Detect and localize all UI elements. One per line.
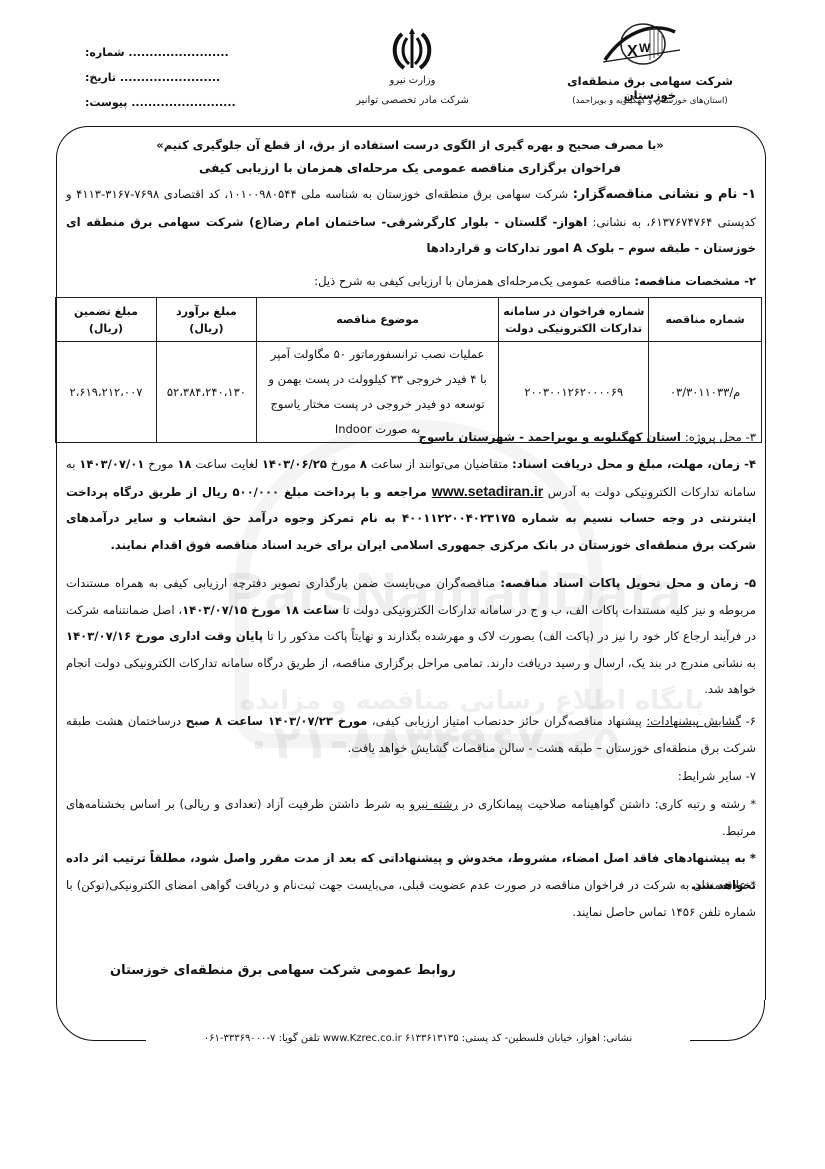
col-call-number: شماره فراخوان در سامانه تدارکات الکترونی… <box>499 298 649 342</box>
online-deadline: ساعت ۱۸ مورخ ۱۴۰۳/۰۷/۱۵ <box>182 603 339 617</box>
section-6-number: ۶- <box>741 714 756 728</box>
condition-1-field: رشته نیرو <box>410 797 458 811</box>
section-4-label: ۴- زمان، مهلت، مبلغ و محل دریافت اسناد: <box>512 457 756 471</box>
section-2-label: ۲- مشخصات مناقصه: <box>634 274 756 288</box>
condition-item-1: * رشته و رتبه کاری: داشتن گواهینامه صلاح… <box>66 791 756 844</box>
section-6-opening: ۶- گشایش پیشنهادات: پیشنهاد مناقصه‌گران … <box>66 708 756 761</box>
attachment-dots: ......................... <box>131 96 235 109</box>
section-3-location: ۳- محل پروژه: استان کهگیلویه و بویراحمد … <box>66 424 756 451</box>
section-5-submission: ۵- زمان و محل تحویل پاکات اسناد مناقصه: … <box>66 570 756 703</box>
section-6-text: پیشنهاد مناقصه‌گران حائز حدنصاب امتیاز ا… <box>367 714 646 728</box>
section-3-label: ۳- محل پروژه: <box>685 430 756 444</box>
section-4-text: متقاضیان می‌توانند از ساعت <box>367 457 512 471</box>
section-4-text: مورخ <box>144 457 177 471</box>
end-date: ۱۴۰۳/۰۷/۰۱ <box>79 457 144 471</box>
footer-contact: نشانی: اهواز، خیابان فلسطین- کد پستی: ۶۱… <box>146 1033 690 1044</box>
section-3-text: استان کهگیلویه و بویراحمد - شهرستان یاسو… <box>419 430 685 444</box>
section-4-text: مراجعه و با پرداخت مبلغ <box>279 485 432 499</box>
section-1-label: ۱- نام و نشانی مناقصه‌گزار: <box>573 187 756 202</box>
section-5-label: ۵- زمان و محل تحویل پاکات اسناد مناقصه: <box>500 576 756 590</box>
condition-1-text: * رشته و رتبه کاری: داشتن گواهینامه صلاح… <box>458 797 756 811</box>
col-tender-number: شماره مناقصه <box>649 298 762 342</box>
opening-date: مورخ ۱۴۰۳/۰۷/۲۳ ساعت ۸ صبح <box>186 714 368 728</box>
condition-item-3: * علاقه‌مندان به شرکت در فراخوان مناقصه … <box>66 872 756 925</box>
start-date: ۱۴۰۳/۰۶/۲۵ <box>262 457 327 471</box>
physical-deadline: پایان وقت اداری مورخ ۱۴۰۳/۰۷/۱۶ <box>66 629 263 643</box>
setadiran-link[interactable]: www.setadiran.ir <box>432 483 544 499</box>
number-label: شماره: <box>85 46 125 59</box>
section-4-text: مورخ <box>327 457 360 471</box>
svg-text:W: W <box>639 41 651 55</box>
attachment-label: پیوست: <box>85 96 127 109</box>
ministry-name: وزارت نیرو <box>355 75 470 86</box>
section-4-documents: ۴- زمان، مهلت، مبلغ و محل دریافت اسناد: … <box>66 451 756 558</box>
end-hour: ۱۸ <box>177 457 191 471</box>
number-dots: ........................ <box>128 46 228 59</box>
letter-date-field: ........................ تاریخ: <box>85 71 220 84</box>
letter-number-field: ........................ شماره: <box>85 46 229 59</box>
iran-emblem-icon <box>388 26 436 74</box>
date-dots: ........................ <box>120 71 220 84</box>
col-subject: موضوع مناقصه <box>256 298 498 342</box>
parent-company-name: شرکت مادر تخصصی توانیر <box>355 95 470 106</box>
section-5-text: به نشانی مندرج در بند یک، ارسال و رسید د… <box>66 656 756 697</box>
company-subtitle: (استان‌های خوزستان و کهگیلویه و بویراحمد… <box>560 96 740 106</box>
start-hour: ۸ <box>360 457 367 471</box>
section-2-specs: ۲- مشخصات مناقصه: مناقصه عمومی یک‌مرحله‌… <box>66 268 756 295</box>
table-header-row: شماره مناقصه شماره فراخوان در سامانه تدا… <box>56 298 762 342</box>
section-7-label: ۷- سایر شرایط: <box>66 763 756 790</box>
signature: روابط عمومی شرکت سهامی برق منطقه‌ای خوزس… <box>110 963 456 978</box>
col-guarantee: مبلغ تضمین (ریال) <box>56 298 157 342</box>
col-estimate: مبلغ برآورد (ریال) <box>156 298 256 342</box>
slogan: «با مصرف صحیح و بهره گیری از الگوی درست … <box>60 138 760 152</box>
section-4-text: لغایت ساعت <box>192 457 262 471</box>
section-1-tenderer: ۱- نام و نشانی مناقصه‌گزار: شرکت سهامی ب… <box>66 181 756 262</box>
section-6-label: گشایش پیشنهادات: <box>646 714 741 728</box>
tender-table: شماره مناقصه شماره فراخوان در سامانه تدا… <box>55 297 762 443</box>
letter-attachment-field: ......................... پیوست: <box>85 96 236 109</box>
date-label: تاریخ: <box>85 71 116 84</box>
section-2-text: مناقصه عمومی یک‌مرحله‌ای همزمان با ارزیا… <box>314 274 634 288</box>
kzrec-logo-icon: X W <box>595 20 685 68</box>
document-title: فراخوان برگزاری مناقصه عمومی یک مرحله‌ای… <box>60 161 760 175</box>
